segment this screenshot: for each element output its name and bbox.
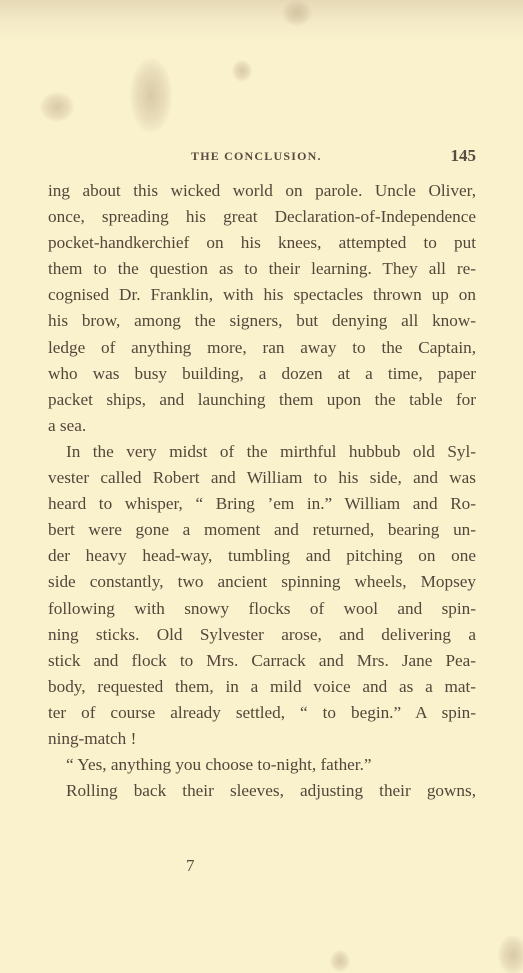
text-line: der heavy head-way, tumbling and pitchin… [48,543,476,569]
body-text: ing about this wicked world on parole. U… [48,178,476,804]
text-line: packet ships, and launching them upon th… [48,387,476,413]
text-line: ter of course already settled, “ to begi… [48,700,476,726]
text-line: vester called Robert and William to his … [48,465,476,491]
text-line: pocket-handkerchief on his knees, attemp… [48,230,476,256]
text-line: cognised Dr. Franklin, with his spectacl… [48,282,476,308]
paragraph-start-line: “ Yes, anything you choose to-night, fat… [48,752,476,778]
paper-smudge [40,92,74,122]
paper-top-stain [0,0,523,40]
text-line: stick and flock to Mrs. Carrack and Mrs.… [48,648,476,674]
text-line: ning-match ! [48,726,476,752]
paper-smudge [282,0,312,26]
paper-smudge [130,58,172,133]
text-line: once, spreading his great Declaration-of… [48,204,476,230]
text-line: following with snowy flocks of wool and … [48,596,476,622]
text-line: ledge of anything more, ran away to the … [48,335,476,361]
text-line: his brow, among the signers, but denying… [48,308,476,334]
text-line: body, requested them, in a mild voice an… [48,674,476,700]
text-line: ning sticks. Old Sylvester arose, and de… [48,622,476,648]
text-line: bert were gone a moment and returned, be… [48,517,476,543]
paragraph-start-line: Rolling back their sleeves, adjusting th… [48,778,476,804]
signature-mark: 7 [186,856,195,876]
running-title: THE CONCLUSION. [191,149,322,164]
text-line: heard to whisper, “ Bring ’em in.” Willi… [48,491,476,517]
running-head: THE CONCLUSION. 145 [48,146,476,168]
paper-smudge [330,950,350,972]
text-line: a sea. [48,413,476,439]
text-line: side constantly, two ancient spinning wh… [48,569,476,595]
paper-smudge [498,935,523,973]
paper-smudge [232,60,252,82]
page-number: 145 [451,146,477,166]
text-line: ing about this wicked world on parole. U… [48,178,476,204]
paragraph-start-line: In the very midst of the mirthful hubbub… [48,439,476,465]
text-line: them to the question as to their learnin… [48,256,476,282]
text-line: who was busy building, a dozen at a time… [48,361,476,387]
